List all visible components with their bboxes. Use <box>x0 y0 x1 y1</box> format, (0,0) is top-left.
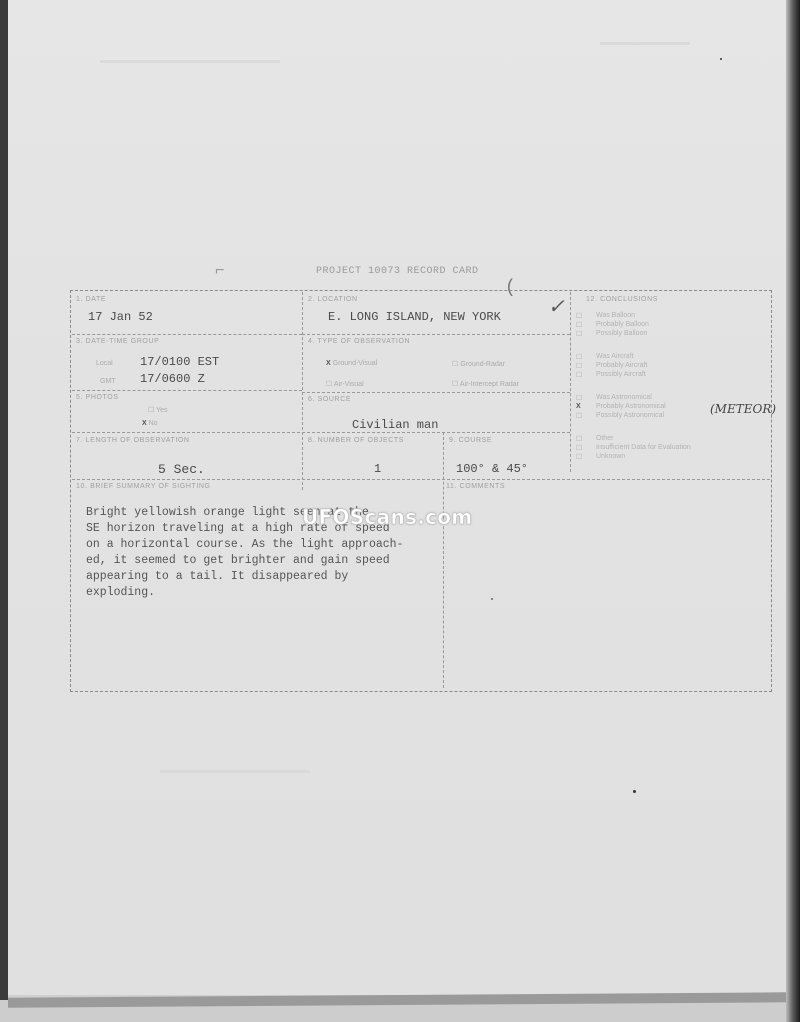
number-of-objects-value: 1 <box>374 462 381 476</box>
conclusions-label: 12. CONCLUSIONS <box>586 296 658 303</box>
conclusion-option: ☐Unknown <box>576 453 691 462</box>
local-label: Local <box>96 360 113 367</box>
divider <box>72 479 770 480</box>
checkbox: ☐ <box>576 435 586 444</box>
divider <box>72 334 302 335</box>
checkbox: ☐ <box>576 453 586 462</box>
conclusion-option: ☐Possibly Astronomical <box>576 412 691 421</box>
divider <box>302 292 303 490</box>
pencil-mark: ⌐ <box>215 262 225 280</box>
conclusions-list: ☐Was Balloon ☐Probably Balloon ☐Possibly… <box>576 312 691 462</box>
conclusion-option: ☐Insufficient Data for Evaluation <box>576 444 691 453</box>
speck <box>633 790 636 793</box>
speck <box>720 58 722 60</box>
conclusion-option: ☐Other <box>576 435 691 444</box>
course-label: 9. COURSE <box>449 437 492 444</box>
observation-option: ☐ Air-Intercept Radar <box>452 380 519 388</box>
checkbox: ☐ <box>576 412 586 421</box>
checkbox: ☐ <box>576 330 586 339</box>
bleed-through <box>160 770 310 773</box>
comments-label: 11. COMMENTS <box>446 483 505 490</box>
card-title: PROJECT 10073 RECORD CARD <box>316 266 479 277</box>
course-value: 100° & 45° <box>456 462 528 476</box>
divider <box>72 432 570 433</box>
gmt-label: GMT <box>100 378 116 385</box>
checkbox: ☐ <box>576 312 586 321</box>
checkbox: ☐ <box>326 381 332 388</box>
checkbox: ☐ <box>576 444 586 453</box>
local-time-value: 17/0100 EST <box>140 355 219 369</box>
conclusion-option: ☐Possibly Balloon <box>576 330 691 339</box>
gmt-time-value: 17/0600 Z <box>140 372 205 386</box>
checkbox-checked: X <box>326 360 331 367</box>
conclusion-option: XProbably Astronomical <box>576 403 691 412</box>
checkbox: ☐ <box>576 371 586 380</box>
location-label: 2. LOCATION <box>308 296 358 303</box>
bleed-through <box>100 60 280 63</box>
divider <box>570 292 571 472</box>
type-of-observation-label: 4. TYPE OF OBSERVATION <box>308 338 410 345</box>
conclusion-option: ☐Probably Aircraft <box>576 362 691 371</box>
photos-label: 5. PHOTOS <box>76 394 119 401</box>
location-value: E. LONG ISLAND, NEW YORK <box>328 310 501 324</box>
bleed-through <box>600 42 690 45</box>
scan-right-edge <box>786 0 800 1022</box>
number-of-objects-label: 8. NUMBER OF OBJECTS <box>308 437 404 444</box>
checkbox: ☐ <box>452 361 458 368</box>
checkbox-checked: X <box>142 420 147 427</box>
date-value: 17 Jan 52 <box>88 310 153 324</box>
scan-left-edge <box>0 0 8 1022</box>
photos-option: ☐ Yes <box>148 406 168 414</box>
length-of-observation-value: 5 Sec. <box>158 462 205 477</box>
divider <box>302 392 570 393</box>
conclusion-option: ☐Was Aircraft <box>576 353 691 362</box>
conclusion-option: ☐Possibly Aircraft <box>576 371 691 380</box>
checkbox: ☐ <box>576 362 586 371</box>
conclusion-option: ☐Was Astronomical <box>576 394 691 403</box>
date-time-group-label: 3. DATE-TIME GROUP <box>76 338 159 345</box>
brief-summary-label: 10. BRIEF SUMMARY OF SIGHTING <box>76 483 211 490</box>
watermark: UFOScans.com <box>302 505 472 529</box>
photos-option: X No <box>142 420 158 427</box>
observation-option: ☐ Ground-Radar <box>452 360 505 368</box>
divider <box>72 390 302 391</box>
checkbox: ☐ <box>452 381 458 388</box>
conclusion-option: ☐Probably Balloon <box>576 321 691 330</box>
observation-option: ☐ Air-Visual <box>326 380 364 388</box>
observation-option: X Ground-Visual <box>326 360 377 367</box>
source-value: Civilian man <box>352 418 438 432</box>
checkbox: ☐ <box>576 394 586 403</box>
divider <box>302 334 570 335</box>
checkbox: ☐ <box>148 407 154 414</box>
source-label: 6. SOURCE <box>308 396 351 403</box>
checkbox: ☐ <box>576 321 586 330</box>
handwritten-note: (METEOR) <box>710 402 776 416</box>
checkbox: ☐ <box>576 353 586 362</box>
conclusion-option: ☐Was Balloon <box>576 312 691 321</box>
date-label: 1. DATE <box>76 296 106 303</box>
length-of-observation-label: 7. LENGTH OF OBSERVATION <box>76 437 190 444</box>
checkbox-checked: X <box>576 403 586 412</box>
